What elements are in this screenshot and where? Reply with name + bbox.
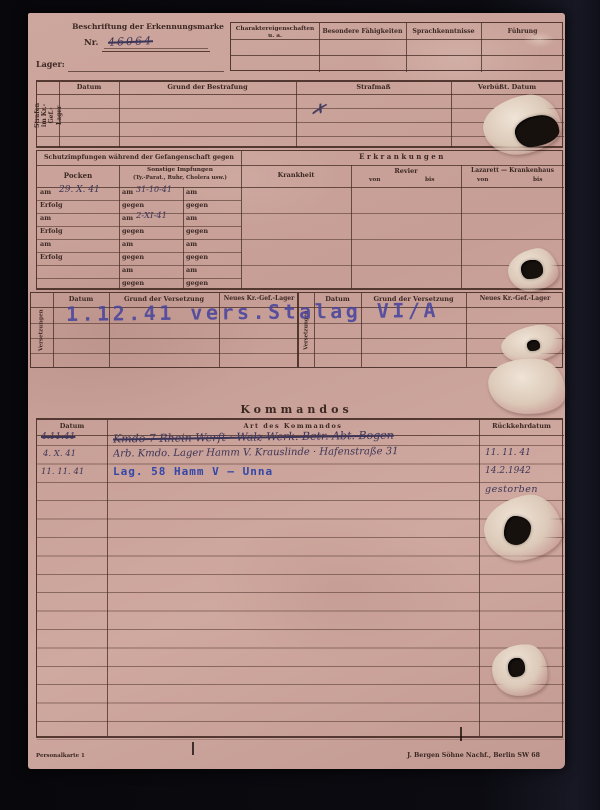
traits-col-abilities: Besondere Fähigkeiten bbox=[320, 28, 405, 35]
vaccination-row: am am am bbox=[37, 239, 241, 252]
other-vacc-date-handwritten: 31-10-41 bbox=[136, 185, 172, 194]
vaccination-row: Erfolg gegen gegen bbox=[37, 226, 241, 239]
revier-bis-label: bis bbox=[425, 177, 435, 184]
other-vaccinations-sublabel: (Ty.-Parat., Ruhr, Cholera usw.) bbox=[120, 175, 240, 181]
vaccination-row: am am 2-XI-41 am bbox=[37, 213, 241, 226]
grid-line bbox=[299, 323, 564, 324]
traits-col-languages: Sprachkenntnisse bbox=[407, 28, 480, 35]
kommandos-col-date: Datum bbox=[37, 423, 107, 430]
smallpox-col-label: Pocken bbox=[37, 172, 119, 180]
kommando-row-date: 4. X. 41 bbox=[43, 449, 76, 459]
grid-line bbox=[31, 353, 299, 354]
kommando-row-date: 11. 11. 41 bbox=[41, 467, 84, 477]
lazarett-bis-label: bis bbox=[533, 177, 543, 184]
punch-hole bbox=[521, 260, 543, 279]
grid-line bbox=[53, 293, 54, 367]
vaccinations-illnesses-table: Schutzimpfungen während der Gefangenscha… bbox=[36, 150, 563, 290]
grid-line bbox=[37, 165, 564, 166]
paper-blemish bbox=[523, 31, 555, 48]
nr-label: Nr. bbox=[84, 39, 98, 49]
other-vacc-date-handwritten: 2-XI-41 bbox=[136, 211, 167, 221]
grid-line bbox=[231, 55, 564, 56]
punishments-side-label: Strafen im Kr.-Gef.-Lager bbox=[37, 82, 59, 148]
vaccination-row: am am bbox=[37, 265, 241, 278]
smallpox-date-handwritten: 29. X. 41 bbox=[59, 185, 100, 195]
lazarett-col-label: Lazarett — Krankenhaus bbox=[461, 168, 564, 175]
illness-col-label: Krankheit bbox=[241, 172, 351, 179]
footer-printer-imprint: J. Bergen Söhne Nachf., Berlin SW 68 bbox=[358, 752, 540, 759]
personalkarte-document: Beschriftung der Erkennungsmarke Nr. 460… bbox=[28, 13, 565, 769]
kommando-row-return: 11. 11. 41 bbox=[485, 448, 531, 458]
vaccination-row: am 29. X. 41 am 31-10-41 am bbox=[37, 187, 241, 200]
grid-line bbox=[466, 293, 467, 367]
punishments-col-sentence: Strafmaß bbox=[297, 84, 450, 91]
erkennungsmarke-label: Beschriftung der Erkennungsmarke bbox=[58, 23, 238, 32]
grid-line bbox=[451, 82, 452, 148]
lager-underline bbox=[68, 71, 224, 72]
traits-col-character: Charaktereigenschaften u. a. bbox=[232, 26, 318, 39]
punch-hole bbox=[508, 658, 525, 677]
punishments-table: Strafen im Kr.-Gef.-Lager Datum Grund de… bbox=[36, 80, 563, 148]
nr-strike-line bbox=[104, 48, 208, 49]
kommandos-table: Datum Art des Kommandos Rückkehrdatum 4.… bbox=[36, 418, 563, 738]
traits-table: Charaktereigenschaften u. a. Besondere F… bbox=[230, 22, 563, 71]
kommandos-title: Kommandos bbox=[28, 404, 565, 417]
revier-von-label: von bbox=[369, 177, 380, 184]
kommando-row-date: 4.11.41 bbox=[41, 432, 75, 442]
punishments-col-reason: Grund der Bestrafung bbox=[120, 84, 295, 91]
transfers-col-newcamp: Neues Kr.-Gef.-Lager bbox=[467, 296, 563, 303]
fold-mark bbox=[460, 727, 462, 741]
lager-label: Lager: bbox=[36, 60, 65, 69]
grid-line bbox=[31, 338, 299, 339]
kommando-row-return-note: gestorben bbox=[485, 484, 538, 495]
lazarett-von-label: von bbox=[477, 177, 488, 184]
grid-line bbox=[119, 82, 120, 148]
nr-underline bbox=[102, 51, 210, 52]
punishments-col-served: Verbüßt. Datum bbox=[452, 84, 562, 91]
vaccinations-title: Schutzimpfungen während der Gefangenscha… bbox=[37, 154, 241, 161]
punch-hole bbox=[527, 340, 540, 351]
footer-form-name: Personalkarte 1 bbox=[36, 753, 85, 759]
punishments-handwritten-mark: ✗ bbox=[309, 99, 327, 122]
nr-value-handwritten: 46064 bbox=[108, 34, 153, 49]
revier-col-label: Revier bbox=[351, 168, 461, 175]
fold-mark bbox=[192, 742, 194, 755]
transfers-side-label: Versetzungen bbox=[31, 293, 53, 367]
transfer-stamp: 1.12.41 vers.Stalag VI/A bbox=[66, 298, 439, 326]
kommandos-col-return: Rückkehrdatum bbox=[479, 423, 564, 430]
vaccination-grid: am 29. X. 41 am 31-10-41 am Erfolg gegen… bbox=[37, 187, 241, 291]
kommando-row-return: 14.2.1942 bbox=[485, 466, 531, 476]
vaccination-row: Erfolg gegen gegen bbox=[37, 252, 241, 265]
vaccination-row: gegen gegen bbox=[37, 278, 241, 291]
kommando-row-text-stamped: Lag. 58 Hamm V — Unna bbox=[113, 465, 273, 478]
grid-line bbox=[296, 82, 297, 148]
punishments-col-date: Datum bbox=[60, 84, 118, 91]
grid-line bbox=[37, 108, 564, 109]
grid-line bbox=[37, 94, 564, 95]
other-vaccinations-label: Sonstige Impfungen bbox=[120, 167, 240, 174]
